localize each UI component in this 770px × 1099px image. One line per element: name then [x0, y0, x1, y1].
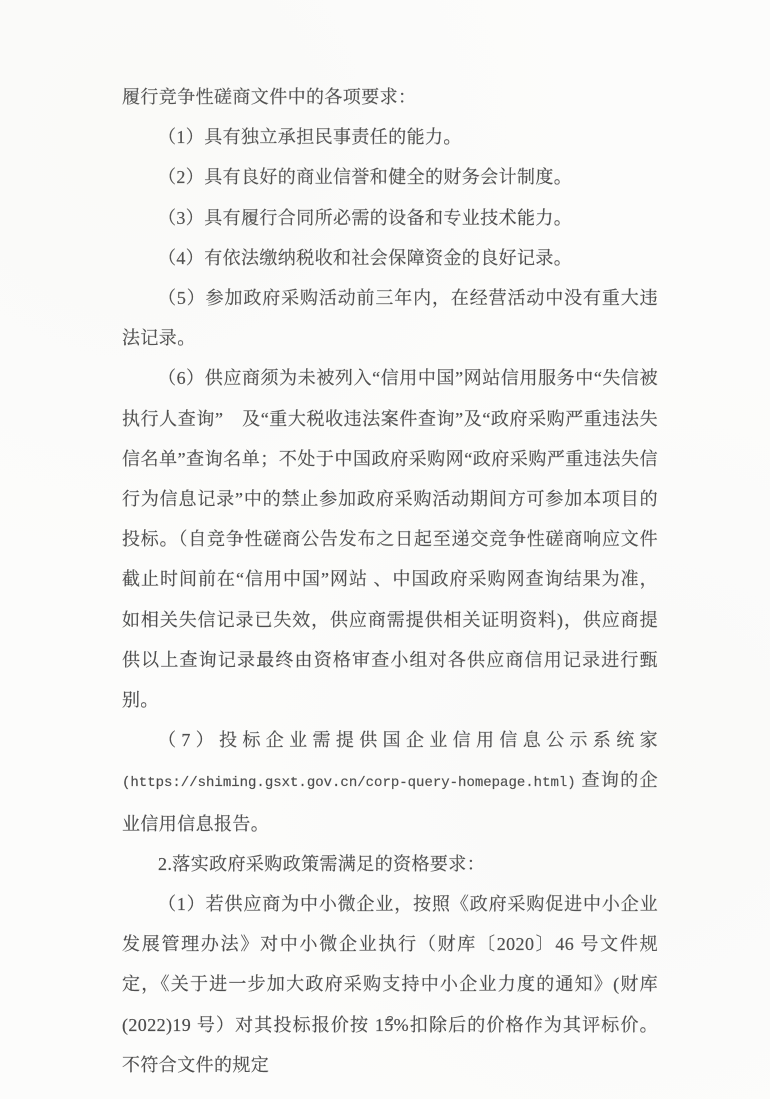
- credit-info-system-url: (https://shiming.gsxt.gov.cn/corp-query-…: [122, 775, 576, 791]
- para-qualification-item-7: （7）投标企业需提供国企业信用信息公示系统家(https://shiming.g…: [122, 720, 658, 844]
- para-qualification-item-3: （3）具有履行合同所必需的设备和专业技术能力。: [122, 198, 658, 238]
- document-page: 履行竞争性磋商文件中的各项要求： （1）具有独立承担民事责任的能力。 （2）具有…: [0, 0, 770, 1099]
- para-policy-heading: 2.落实政府采购政策需满足的资格要求：: [122, 844, 658, 884]
- para-qualification-item-4: （4）有依法缴纳税收和社会保障资金的良好记录。: [122, 238, 658, 278]
- para-qualification-item-7-prefix: （7）投标企业需提供国企业信用信息公示系统家: [158, 730, 658, 750]
- page-number: 2: [122, 1014, 658, 1030]
- para-requirements-intro: 履行竞争性磋商文件中的各项要求：: [122, 77, 658, 117]
- para-qualification-item-6: （6）供应商须为未被列入“信用中国”网站信用服务中“失信被执行人查询” 及“重大…: [122, 358, 658, 720]
- para-qualification-item-5: （5）参加政府采购活动前三年内，在经营活动中没有重大违法记录。: [122, 278, 658, 358]
- para-qualification-item-1: （1）具有独立承担民事责任的能力。: [122, 117, 658, 157]
- para-policy-item-1: （1）若供应商为中小微企业，按照《政府采购促进中小企业发展管理办法》对中小微企业…: [122, 884, 658, 1085]
- document-body: 履行竞争性磋商文件中的各项要求： （1）具有独立承担民事责任的能力。 （2）具有…: [122, 77, 658, 1085]
- para-qualification-item-2: （2）具有良好的商业信誉和健全的财务会计制度。: [122, 157, 658, 197]
